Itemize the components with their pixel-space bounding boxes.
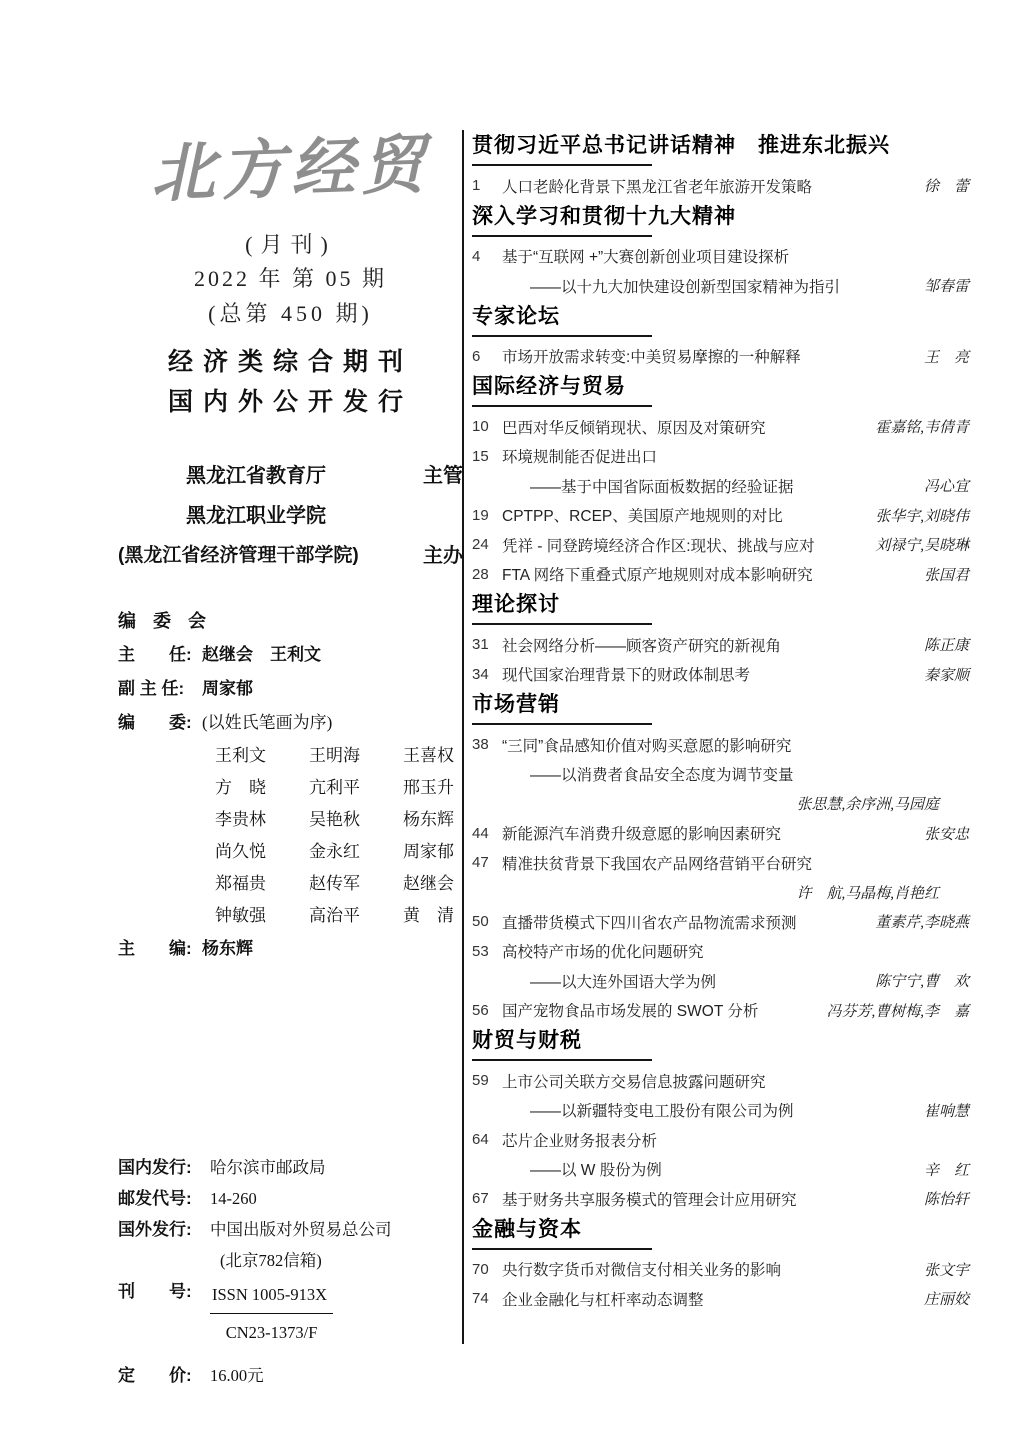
toc-entry: 74企业金融化与杠杆率动态调整庄丽姣 — [472, 1284, 969, 1314]
chief-editor-name: 杨东辉 — [202, 932, 253, 966]
journal-logo: 北方经贸 — [116, 112, 464, 216]
deputy-director-names: 周家郁 — [202, 672, 253, 706]
toc-page-number: 50 — [472, 913, 502, 930]
toc-article-author: 徐 蕾 — [914, 175, 969, 196]
toc-entry: 47精准扶贫背景下我国农产品网络营销平台研究 — [472, 848, 969, 878]
toc-article-title: 市场开放需求转变:中美贸易摩擦的一种解释 — [502, 345, 914, 367]
toc-section-underline — [472, 1248, 652, 1250]
committee-member-name: 赵传军 — [309, 868, 363, 900]
toc-article-title: 新能源汽车消费升级意愿的影响因素研究 — [502, 822, 914, 844]
foreign-distributor-address: (北京782信箱) — [210, 1245, 392, 1276]
toc-article-author: 冯芬芳,曹树梅,李 嘉 — [816, 1000, 969, 1021]
toc-entry: 张思慧,余序洲,马园庭 — [472, 789, 969, 819]
domestic-distribution-value: 哈尔滨市邮政局 — [210, 1152, 326, 1183]
toc-entry: 19CPTPP、RCEP、美国原产地规则的对比张华宇,刘晓伟 — [472, 501, 969, 531]
toc-section: 贯彻习近平总书记讲话精神 推进东北振兴1人口老龄化背景下黑龙江省老年旅游开发策略… — [472, 133, 969, 201]
toc-article-title: ——基于中国省际面板数据的经验证据 — [502, 475, 914, 497]
domestic-distribution-label: 国内发行: — [118, 1152, 210, 1183]
toc-entry: 34现代国家治理背景下的财政体制思考秦家顺 — [472, 660, 969, 690]
committee-member-name: 邢玉升 — [403, 772, 457, 804]
price-label: 定 价: — [118, 1360, 210, 1391]
toc-article-title: 芯片企业财务报表分析 — [502, 1129, 969, 1151]
toc-section-title: 国际经济与贸易 — [472, 374, 969, 400]
toc-article-author: 陈正康 — [914, 634, 969, 655]
toc-article-author: 秦家顺 — [914, 664, 969, 685]
toc-article-author: 冯心宜 — [914, 475, 969, 496]
foreign-distribution-label: 国外发行: — [118, 1214, 210, 1245]
toc-section: 国际经济与贸易10巴西对华反倾销现状、原因及对策研究霍嘉铭,韦倩青15环境规制能… — [472, 374, 969, 589]
toc-entry: 许 航,马晶梅,肖艳红 — [472, 878, 969, 908]
journal-number-label: 刊 号: — [118, 1276, 210, 1307]
journal-number-value: ISSN 1005-913X CN23-1373/F — [210, 1279, 333, 1348]
toc-entry: 67基于财务共享服务模式的管理会计应用研究陈怡轩 — [472, 1184, 969, 1214]
toc-article-title: 国产宠物食品市场发展的 SWOT 分析 — [502, 999, 816, 1021]
toc-article-title: FTA 网络下重叠式原产地规则对成本影响研究 — [502, 563, 914, 585]
director-row: 主 任: 赵继会 王利文 — [118, 638, 463, 672]
toc-page-number: 74 — [472, 1290, 502, 1307]
postal-code-row: 邮发代号: 14-260 — [118, 1183, 463, 1214]
table-of-contents: 贯彻习近平总书记讲话精神 推进东北振兴1人口老龄化背景下黑龙江省老年旅游开发策略… — [462, 130, 969, 1344]
toc-article-author: 张华宇,刘晓伟 — [865, 505, 969, 526]
postal-code-label: 邮发代号: — [118, 1183, 210, 1214]
members-note: (以姓氏笔画为序) — [202, 706, 332, 740]
toc-section-title: 贯彻习近平总书记讲话精神 推进东北振兴 — [472, 133, 969, 159]
committee-member-name: 周家郁 — [403, 836, 457, 868]
toc-article-title: ——以新疆特变电工股份有限公司为例 — [502, 1099, 914, 1121]
toc-article-author: 陈怡轩 — [914, 1188, 969, 1209]
toc-entry: ——以十九大加快建设创新型国家精神为指引邹春雷 — [472, 271, 969, 301]
toc-page-number: 44 — [472, 825, 502, 842]
toc-page-number: 31 — [472, 636, 502, 653]
toc-article-title: 直播带货模式下四川省农产品物流需求预测 — [502, 911, 865, 933]
toc-article-title: 现代国家治理背景下的财政体制思考 — [502, 663, 914, 685]
toc-article-author: 王 亮 — [914, 346, 969, 367]
toc-page-number: 64 — [472, 1131, 502, 1148]
toc-section-title: 专家论坛 — [472, 304, 969, 330]
toc-section: 理论探讨31社会网络分析——顾客资产研究的新视角陈正康34现代国家治理背景下的财… — [472, 592, 969, 689]
committee-member-name: 王明海 — [309, 740, 363, 772]
issue-number: 2022 年 第 05 期 — [118, 262, 463, 293]
toc-entry: 64芯片企业财务报表分析 — [472, 1125, 969, 1155]
editorial-board: 编 委 会 主 任: 赵继会 王利文 副 主 任: 周家郁 编 委: (以姓氏笔… — [118, 604, 463, 966]
toc-article-title: “三同”食品感知价值对购买意愿的影响研究 — [502, 734, 969, 756]
editorial-board-title: 编 委 会 — [118, 604, 463, 638]
committee-member-name: 王喜权 — [403, 740, 457, 772]
members-row: 编 委: (以姓氏笔画为序) — [118, 706, 463, 740]
director-names: 赵继会 王利文 — [202, 638, 321, 672]
toc-article-title: 上市公司关联方交易信息披露问题研究 — [502, 1070, 969, 1092]
toc-section-title: 市场营销 — [472, 692, 969, 718]
toc-section-underline — [472, 235, 652, 237]
supervisor-role: 主管 — [423, 456, 463, 496]
toc-article-author: 霍嘉铭,韦倩青 — [865, 416, 969, 437]
toc-entry: 1人口老龄化背景下黑龙江省老年旅游开发策略徐 蕾 — [472, 171, 969, 201]
toc-article-title: 高校特产市场的优化问题研究 — [502, 940, 969, 962]
foreign-distributor: 中国出版对外贸易总公司 — [210, 1220, 392, 1239]
toc-entry: 31社会网络分析——顾客资产研究的新视角陈正康 — [472, 630, 969, 660]
journal-contents-page: 北方经贸 (月刊) 2022 年 第 05 期 (总第 450 期) 经济类综合… — [0, 0, 1024, 1448]
toc-article-author: 董素芹,李晓燕 — [865, 911, 969, 932]
director-label: 主 任: — [118, 638, 202, 672]
toc-section: 专家论坛6市场开放需求转变:中美贸易摩擦的一种解释王 亮 — [472, 304, 969, 372]
toc-page-number: 1 — [472, 177, 502, 194]
toc-entry: 4基于“互联网 +”大赛创新创业项目建设探析 — [472, 242, 969, 272]
toc-article-author: 陈宁宁,曹 欢 — [865, 970, 969, 991]
toc-page-number: 67 — [472, 1190, 502, 1207]
toc-article-title: 凭祥 - 同登跨境经济合作区:现状、挑战与应对 — [502, 534, 865, 556]
foreign-distribution-value: 中国出版对外贸易总公司 (北京782信箱) — [210, 1214, 392, 1276]
toc-article-author: 张文宇 — [914, 1259, 969, 1280]
organizer-name-2: (黑龙江省经济管理干部学院) — [118, 536, 359, 576]
toc-section: 财贸与财税59上市公司关联方交易信息披露问题研究——以新疆特变电工股份有限公司为… — [472, 1028, 969, 1214]
toc-article-title: 精准扶贫背景下我国农产品网络营销平台研究 — [502, 852, 969, 874]
committee-members-row: 方 晓亢利平邢玉升 — [118, 772, 463, 804]
toc-article-author: 张安忠 — [914, 823, 969, 844]
price-value: 16.00元 — [210, 1360, 264, 1391]
toc-section: 金融与资本70央行数字货币对微信支付相关业务的影响张文宇74企业金融化与杠杆率动… — [472, 1217, 969, 1314]
committee-member-name: 杨东辉 — [403, 804, 457, 836]
toc-section-underline — [472, 723, 652, 725]
toc-page-number: 6 — [472, 348, 502, 365]
domestic-distribution-row: 国内发行: 哈尔滨市邮政局 — [118, 1152, 463, 1183]
toc-article-author: 刘禄宁,吴晓琳 — [865, 534, 969, 555]
toc-article-title: 巴西对华反倾销现状、原因及对策研究 — [502, 416, 865, 438]
toc-entry: 56国产宠物食品市场发展的 SWOT 分析冯芬芳,曹树梅,李 嘉 — [472, 996, 969, 1026]
committee-member-name: 郑福贵 — [215, 868, 269, 900]
committee-member-name: 亢利平 — [309, 772, 363, 804]
toc-entry: ——基于中国省际面板数据的经验证据冯心宜 — [472, 471, 969, 501]
toc-entry: 50直播带货模式下四川省农产品物流需求预测董素芹,李晓燕 — [472, 907, 969, 937]
committee-members-list: 王利文王明海王喜权方 晓亢利平邢玉升李贵林吴艳秋杨东辉尚久悦金永红周家郁郑福贵赵… — [118, 740, 463, 932]
toc-entry: ——以消费者食品安全态度为调节变量 — [472, 760, 969, 790]
toc-entry: 53高校特产市场的优化问题研究 — [472, 937, 969, 967]
toc-page-number: 15 — [472, 448, 502, 465]
journal-tagline-1: 经济类综合期刊 — [118, 342, 463, 378]
committee-member-name: 高治平 — [309, 900, 363, 932]
committee-member-name: 李贵林 — [215, 804, 269, 836]
toc-page-number: 10 — [472, 418, 502, 435]
deputy-director-label: 副 主 任: — [118, 672, 202, 706]
committee-member-name: 赵继会 — [403, 868, 457, 900]
toc-article-author: 张国君 — [914, 564, 969, 585]
organizer-name-1: 黑龙江职业学院 — [118, 496, 463, 536]
toc-article-title: 环境规制能否促进出口 — [502, 445, 969, 467]
toc-article-title: CPTPP、RCEP、美国原产地规则的对比 — [502, 504, 865, 526]
supervisor-row: 黑龙江省教育厅 主管 — [118, 456, 463, 496]
organizer-role: 主办 — [423, 536, 463, 576]
toc-article-author: 许 航,马晶梅,肖艳红 — [786, 882, 969, 903]
toc-entry: 15环境规制能否促进出口 — [472, 442, 969, 472]
postal-code-value: 14-260 — [210, 1183, 257, 1214]
deputy-director-row: 副 主 任: 周家郁 — [118, 672, 463, 706]
toc-entry: 38“三同”食品感知价值对购买意愿的影响研究 — [472, 730, 969, 760]
toc-section-underline — [472, 1059, 652, 1061]
committee-member-name: 钟敏强 — [215, 900, 269, 932]
toc-entry: 10巴西对华反倾销现状、原因及对策研究霍嘉铭,韦倩青 — [472, 412, 969, 442]
committee-member-name: 黄 清 — [403, 900, 457, 932]
toc-page-number: 70 — [472, 1261, 502, 1278]
toc-section-title: 财贸与财税 — [472, 1028, 969, 1054]
toc-page-number: 53 — [472, 943, 502, 960]
toc-article-title: 央行数字货币对微信支付相关业务的影响 — [502, 1258, 914, 1280]
issn-number: ISSN 1005-913X — [210, 1279, 333, 1314]
toc-section-title: 深入学习和贯彻十九大精神 — [472, 204, 969, 230]
toc-section-underline — [472, 405, 652, 407]
toc-page-number: 19 — [472, 507, 502, 524]
toc-section: 市场营销38“三同”食品感知价值对购买意愿的影响研究——以消费者食品安全态度为调… — [472, 692, 969, 1025]
toc-article-author: 张思慧,余序洲,马园庭 — [786, 793, 969, 814]
toc-entry: ——以大连外国语大学为例陈宁宁,曹 欢 — [472, 966, 969, 996]
committee-member-name: 吴艳秋 — [309, 804, 363, 836]
toc-article-title: ——以消费者食品安全态度为调节变量 — [502, 763, 969, 785]
committee-members-row: 尚久悦金永红周家郁 — [118, 836, 463, 868]
publication-info: 国内发行: 哈尔滨市邮政局 邮发代号: 14-260 国外发行: 中国出版对外贸… — [118, 1152, 463, 1391]
toc-article-title: 企业金融化与杠杆率动态调整 — [502, 1288, 914, 1310]
toc-article-author: 邹春雷 — [914, 275, 969, 296]
toc-article-author: 崔响慧 — [914, 1100, 969, 1121]
chief-editor-label: 主 编: — [118, 932, 202, 966]
toc-entry: 24凭祥 - 同登跨境经济合作区:现状、挑战与应对刘禄宁,吴晓琳 — [472, 530, 969, 560]
toc-section-title: 理论探讨 — [472, 592, 969, 618]
toc-page-number: 47 — [472, 854, 502, 871]
toc-page-number: 4 — [472, 248, 502, 265]
toc-entry: 70央行数字货币对微信支付相关业务的影响张文宇 — [472, 1255, 969, 1285]
toc-entry: 44新能源汽车消费升级意愿的影响因素研究张安忠 — [472, 819, 969, 849]
committee-member-name: 方 晓 — [215, 772, 269, 804]
toc-article-title: ——以 W 股份为例 — [502, 1158, 914, 1180]
journal-tagline-2: 国内外公开发行 — [118, 382, 463, 418]
members-label: 编 委: — [118, 706, 202, 740]
toc-section: 深入学习和贯彻十九大精神4基于“互联网 +”大赛创新创业项目建设探析——以十九大… — [472, 204, 969, 301]
committee-members-row: 钟敏强高治平黄 清 — [118, 900, 463, 932]
organizer-row: (黑龙江省经济管理干部学院) 主办 — [118, 536, 463, 576]
committee-member-name: 金永红 — [309, 836, 363, 868]
toc-entry: ——以 W 股份为例辛 红 — [472, 1155, 969, 1185]
cn-number: CN23-1373/F — [210, 1314, 333, 1348]
committee-members-row: 王利文王明海王喜权 — [118, 740, 463, 772]
toc-page-number: 59 — [472, 1072, 502, 1089]
toc-section-underline — [472, 164, 652, 166]
chief-editor-row: 主 编: 杨东辉 — [118, 932, 463, 966]
journal-number-row: 刊 号: ISSN 1005-913X CN23-1373/F — [118, 1276, 463, 1348]
toc-article-title: 人口老龄化背景下黑龙江省老年旅游开发策略 — [502, 175, 914, 197]
committee-member-name: 王利文 — [215, 740, 269, 772]
toc-entry: 28FTA 网络下重叠式原产地规则对成本影响研究张国君 — [472, 560, 969, 590]
toc-section-underline — [472, 335, 652, 337]
supervisor-name: 黑龙江省教育厅 — [186, 456, 326, 496]
toc-article-title: 基于“互联网 +”大赛创新创业项目建设探析 — [502, 245, 969, 267]
toc-entry: 6市场开放需求转变:中美贸易摩擦的一种解释王 亮 — [472, 342, 969, 372]
toc-article-title: 基于财务共享服务模式的管理会计应用研究 — [502, 1188, 914, 1210]
committee-members-row: 李贵林吴艳秋杨东辉 — [118, 804, 463, 836]
toc-article-title: ——以大连外国语大学为例 — [502, 970, 865, 992]
price-row: 定 价: 16.00元 — [118, 1360, 463, 1391]
foreign-distribution-row: 国外发行: 中国出版对外贸易总公司 (北京782信箱) — [118, 1214, 463, 1276]
toc-page-number: 24 — [472, 536, 502, 553]
toc-entry: 59上市公司关联方交易信息披露问题研究 — [472, 1066, 969, 1096]
journal-frequency: (月刊) — [118, 228, 463, 259]
toc-page-number: 28 — [472, 566, 502, 583]
toc-article-title: ——以十九大加快建设创新型国家精神为指引 — [502, 275, 914, 297]
publisher-block: 黑龙江省教育厅 主管 黑龙江职业学院 (黑龙江省经济管理干部学院) 主办 — [118, 456, 463, 576]
total-issue-number: (总第 450 期) — [118, 297, 463, 328]
toc-article-author: 庄丽姣 — [914, 1288, 969, 1309]
toc-article-title: 社会网络分析——顾客资产研究的新视角 — [502, 634, 914, 656]
toc-page-number: 38 — [472, 736, 502, 753]
toc-section-title: 金融与资本 — [472, 1217, 969, 1243]
toc-section-underline — [472, 623, 652, 625]
toc-article-author: 辛 红 — [914, 1159, 969, 1180]
toc-page-number: 34 — [472, 666, 502, 683]
toc-page-number: 56 — [472, 1002, 502, 1019]
committee-member-name: 尚久悦 — [215, 836, 269, 868]
committee-members-row: 郑福贵赵传军赵继会 — [118, 868, 463, 900]
toc-entry: ——以新疆特变电工股份有限公司为例崔响慧 — [472, 1096, 969, 1126]
